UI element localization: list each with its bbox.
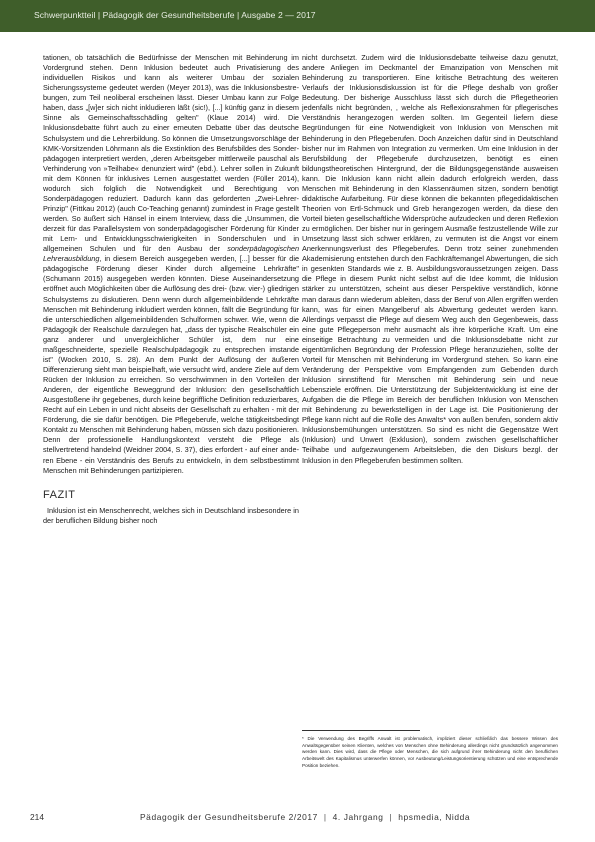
page-number: 214 xyxy=(30,812,44,822)
running-header-bar: Schwerpunktteil | Pädagogik der Gesundhe… xyxy=(0,0,595,32)
section-heading-fazit: FAZIT xyxy=(43,490,299,500)
left-column: tationen, ob tatsächlich die Bedürfnisse… xyxy=(43,53,299,526)
footer-separator: | xyxy=(324,812,327,822)
fazit-paragraph: Inklusion ist ein Menschenrecht, welches… xyxy=(43,506,299,526)
running-header-title: Schwerpunktteil | Pädagogik der Gesundhe… xyxy=(34,10,316,20)
footer-citation: Pädagogik der Gesundheitsberufe 2/2017|4… xyxy=(140,812,470,822)
footnote-divider xyxy=(302,730,420,731)
body-paragraph: nicht durchsetzt. Zudem wird die Inklusi… xyxy=(302,53,558,466)
footnote: * Die Verwendung des Begriffs Anwalt ist… xyxy=(302,736,558,770)
body-text: tationen, ob tatsächlich die Bedürfnisse… xyxy=(43,53,299,253)
body-text-continued: , in diesem Be­reich ausgegeben werden, … xyxy=(43,254,299,474)
footer-separator: | xyxy=(389,812,392,822)
right-column: nicht durchsetzt. Zudem wird die Inklusi… xyxy=(302,53,558,466)
footer-publisher: hpsmedia, Nidda xyxy=(398,812,470,822)
footer-volume: 4. Jahrgang xyxy=(333,812,384,822)
body-paragraph: tationen, ob tatsächlich die Bedürfnisse… xyxy=(43,53,299,476)
footer-journal: Pädagogik der Gesundheitsberufe 2/2017 xyxy=(140,812,318,822)
